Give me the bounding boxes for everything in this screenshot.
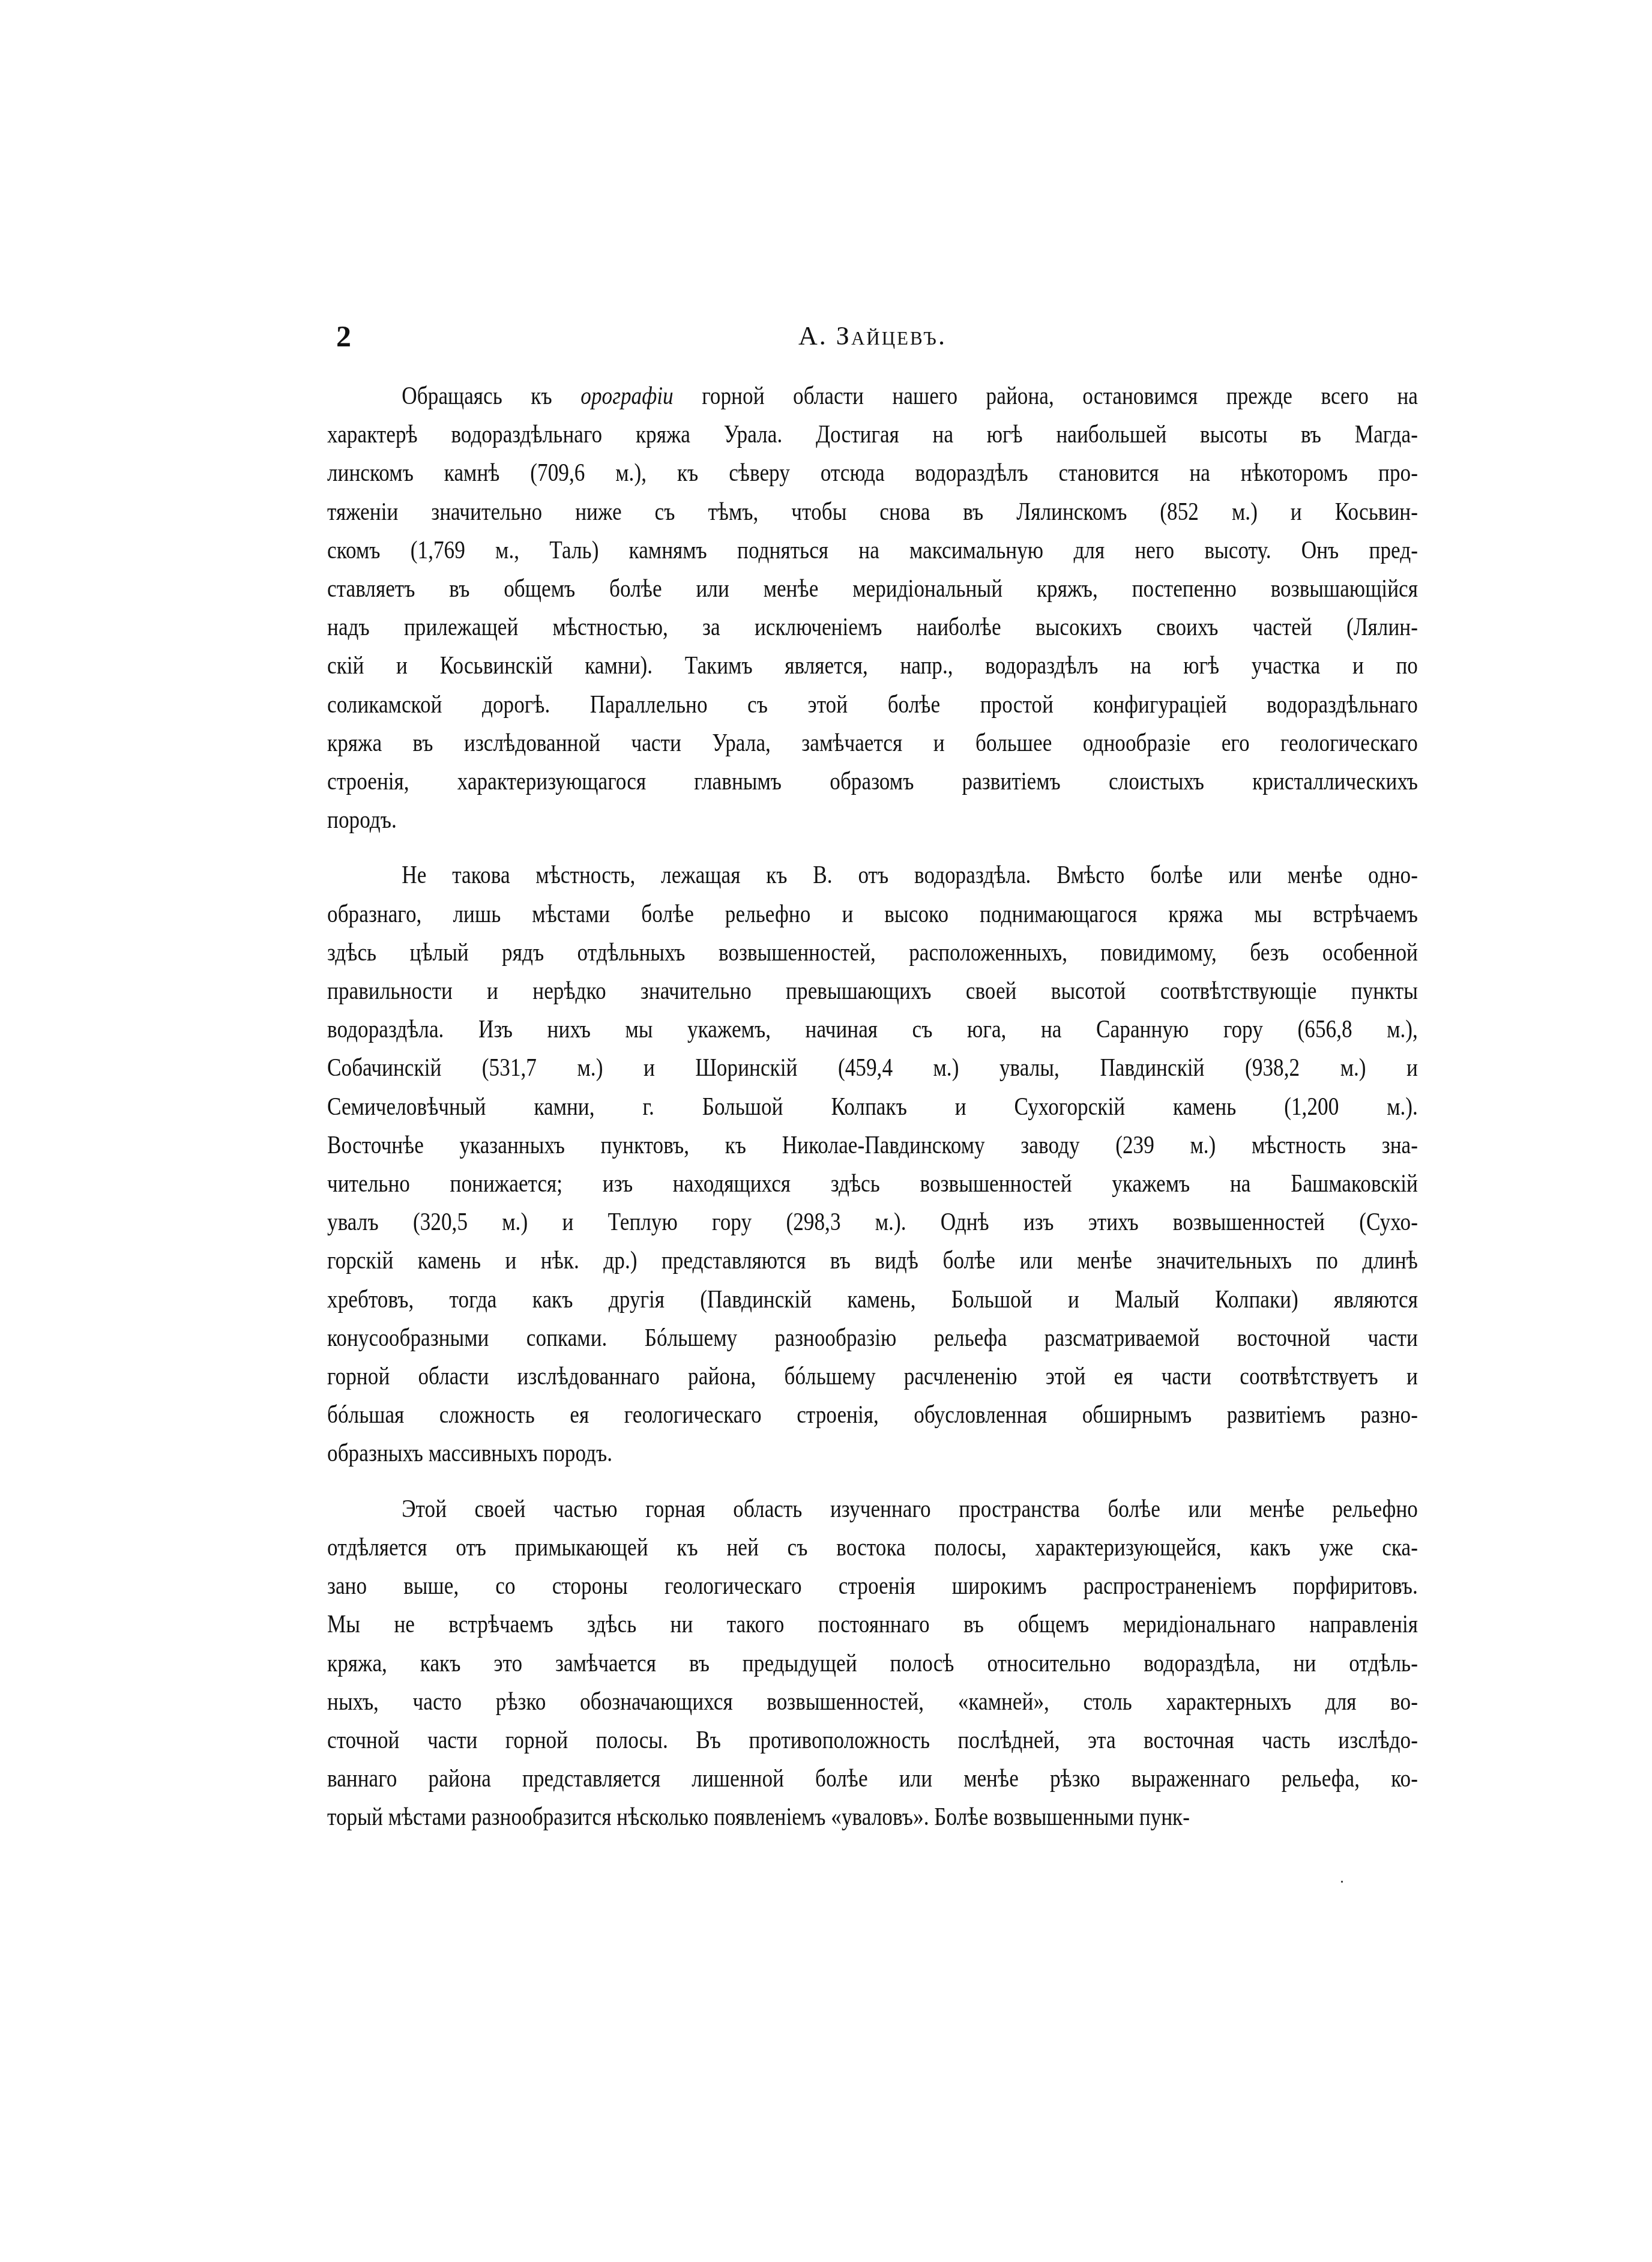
text-line: бóльшая сложность ея геологическаго стро… bbox=[327, 1396, 1418, 1434]
paragraph-3: Этой своей частью горная область изученн… bbox=[327, 1490, 1418, 1837]
text-segment: строенія, характеризующагося главнымъ об… bbox=[327, 768, 1418, 795]
text-segment: правильности и нерѣдко значительно превы… bbox=[327, 977, 1418, 1005]
text-line: Семичеловѣчный камни, г. Большой Колпакъ… bbox=[327, 1088, 1418, 1126]
text-line: Собачинскій (531,7 м.) и Шоринскій (459,… bbox=[327, 1049, 1418, 1087]
text-segment: зано выше, со стороны геологическаго стр… bbox=[327, 1572, 1418, 1600]
text-segment: Семичеловѣчный камни, г. Большой Колпакъ… bbox=[327, 1093, 1418, 1121]
text-line: Мы не встрѣчаемъ здѣсь ни такого постоян… bbox=[327, 1605, 1418, 1644]
text-segment: конусообразными сопками. Бóльшему разноо… bbox=[327, 1324, 1418, 1352]
text-line: сточной части горной полосы. Въ противоп… bbox=[327, 1721, 1418, 1760]
text-line: кряжа въ изслѣдованной части Урала, замѣ… bbox=[327, 724, 1418, 762]
text-line: надъ прилежащей мѣстностью, за исключені… bbox=[327, 608, 1418, 647]
text-segment: горной области изслѣдованнаго района, бó… bbox=[327, 1363, 1418, 1390]
text-segment: кряжа, какъ это замѣчается въ предыдущей… bbox=[327, 1650, 1418, 1677]
text-segment: ныхъ, часто рѣзко обозначающихся возвыше… bbox=[327, 1688, 1418, 1716]
text-segment: торый мѣстами разнообразится нѣсколько п… bbox=[327, 1803, 1190, 1831]
text-line: ставляетъ въ общемъ болѣе или менѣе мери… bbox=[327, 570, 1418, 608]
text-line: Не такова мѣстность, лежащая къ В. отъ в… bbox=[327, 856, 1418, 894]
text-line: образныхъ массивныхъ породъ. bbox=[327, 1434, 1418, 1473]
italic-term: орографіи bbox=[580, 382, 673, 410]
text-line: конусообразными сопками. Бóльшему разноо… bbox=[327, 1319, 1418, 1357]
text-segment: увалъ (320,5 м.) и Теплую гору (298,3 м.… bbox=[327, 1208, 1418, 1236]
text-segment: Собачинскій (531,7 м.) и Шоринскій (459,… bbox=[327, 1054, 1418, 1082]
text-segment: ставляетъ въ общемъ болѣе или менѣе мери… bbox=[327, 575, 1418, 603]
text-segment: здѣсь цѣлый рядъ отдѣльныхъ возвышенност… bbox=[327, 939, 1418, 967]
text-line: Обращаясь къ орографіи горной области на… bbox=[327, 377, 1418, 415]
text-segment: линскомъ камнѣ (709,6 м.), къ сѣверу отс… bbox=[327, 459, 1418, 487]
text-line: кряжа, какъ это замѣчается въ предыдущей… bbox=[327, 1644, 1418, 1683]
text-segment: тяженіи значительно ниже съ тѣмъ, чтобы … bbox=[327, 498, 1418, 526]
text-segment: надъ прилежащей мѣстностью, за исключені… bbox=[327, 614, 1418, 641]
text-line: отдѣляется отъ примыкающей къ ней съ вос… bbox=[327, 1528, 1418, 1567]
paragraph-2: Не такова мѣстность, лежащая къ В. отъ в… bbox=[327, 856, 1418, 1473]
text-segment: кряжа въ изслѣдованной части Урала, замѣ… bbox=[327, 729, 1418, 757]
text-segment: водораздѣла. Изъ нихъ мы укажемъ, начина… bbox=[327, 1016, 1418, 1043]
text-line: породъ. bbox=[327, 801, 1418, 839]
text-segment: породъ. bbox=[327, 806, 397, 834]
text-line: зано выше, со стороны геологическаго стр… bbox=[327, 1567, 1418, 1605]
text-line: торый мѣстами разнообразится нѣсколько п… bbox=[327, 1798, 1418, 1836]
text-line: ныхъ, часто рѣзко обозначающихся возвыше… bbox=[327, 1683, 1418, 1721]
paragraph-1: Обращаясь къ орографіи горной области на… bbox=[327, 377, 1418, 839]
text-line: линскомъ камнѣ (709,6 м.), къ сѣверу отс… bbox=[327, 454, 1418, 492]
scan-speck bbox=[1341, 1881, 1343, 1883]
text-line: соликамской дорогѣ. Параллельно съ этой … bbox=[327, 686, 1418, 724]
running-head-author: А. Зайцевъ. bbox=[327, 318, 1418, 354]
body-text: Обращаясь къ орографіи горной области на… bbox=[327, 377, 1418, 1837]
text-segment: ваннаго района представляется лишенной б… bbox=[327, 1765, 1418, 1793]
text-segment: характерѣ водораздѣльнаго кряжа Урала. Д… bbox=[327, 421, 1418, 448]
text-segment: соликамской дорогѣ. Параллельно съ этой … bbox=[327, 691, 1418, 719]
text-line: Восточнѣе указанныхъ пунктовъ, къ Никола… bbox=[327, 1126, 1418, 1165]
text-segment: чительно понижается; изъ находящихся здѣ… bbox=[327, 1170, 1418, 1198]
text-line: образнаго, лишь мѣстами болѣе рельефно и… bbox=[327, 895, 1418, 933]
text-line: чительно понижается; изъ находящихся здѣ… bbox=[327, 1165, 1418, 1203]
text-segment: Восточнѣе указанныхъ пунктовъ, къ Никола… bbox=[327, 1132, 1418, 1159]
text-segment: Этой своей частью горная область изученн… bbox=[402, 1495, 1418, 1523]
text-segment: горной области нашего района, остановимс… bbox=[674, 382, 1418, 410]
text-line: горскій камень и нѣк. др.) представляютс… bbox=[327, 1241, 1418, 1280]
text-line: правильности и нерѣдко значительно превы… bbox=[327, 972, 1418, 1010]
text-segment: скій и Косьвинскій камни). Такимъ являет… bbox=[327, 652, 1418, 680]
text-segment: Мы не встрѣчаемъ здѣсь ни такого постоян… bbox=[327, 1611, 1418, 1638]
text-segment: Обращаясь къ bbox=[402, 382, 580, 410]
text-segment: образныхъ массивныхъ породъ. bbox=[327, 1440, 612, 1467]
text-segment: сточной части горной полосы. Въ противоп… bbox=[327, 1727, 1418, 1754]
text-segment: хребтовъ, тогда какъ другія (Павдинскій … bbox=[327, 1286, 1418, 1313]
text-line: Этой своей частью горная область изученн… bbox=[327, 1490, 1418, 1528]
text-line: характерѣ водораздѣльнаго кряжа Урала. Д… bbox=[327, 415, 1418, 454]
text-line: скомъ (1,769 м., Таль) камнямъ подняться… bbox=[327, 531, 1418, 570]
text-line: ваннаго района представляется лишенной б… bbox=[327, 1760, 1418, 1798]
text-line: скій и Косьвинскій камни). Такимъ являет… bbox=[327, 647, 1418, 685]
text-segment: скомъ (1,769 м., Таль) камнямъ подняться… bbox=[327, 537, 1418, 564]
text-line: хребтовъ, тогда какъ другія (Павдинскій … bbox=[327, 1280, 1418, 1319]
text-segment: Не такова мѣстность, лежащая къ В. отъ в… bbox=[402, 861, 1418, 889]
text-line: горной области изслѣдованнаго района, бó… bbox=[327, 1357, 1418, 1396]
text-segment: бóльшая сложность ея геологическаго стро… bbox=[327, 1401, 1418, 1429]
text-line: строенія, характеризующагося главнымъ об… bbox=[327, 762, 1418, 801]
text-segment: образнаго, лишь мѣстами болѣе рельефно и… bbox=[327, 900, 1418, 928]
text-line: здѣсь цѣлый рядъ отдѣльныхъ возвышенност… bbox=[327, 933, 1418, 972]
text-segment: горскій камень и нѣк. др.) представляютс… bbox=[327, 1247, 1418, 1274]
text-segment: отдѣляется отъ примыкающей къ ней съ вос… bbox=[327, 1534, 1418, 1561]
text-line: тяженіи значительно ниже съ тѣмъ, чтобы … bbox=[327, 493, 1418, 531]
text-line: водораздѣла. Изъ нихъ мы укажемъ, начина… bbox=[327, 1010, 1418, 1049]
text-line: увалъ (320,5 м.) и Теплую гору (298,3 м.… bbox=[327, 1203, 1418, 1241]
